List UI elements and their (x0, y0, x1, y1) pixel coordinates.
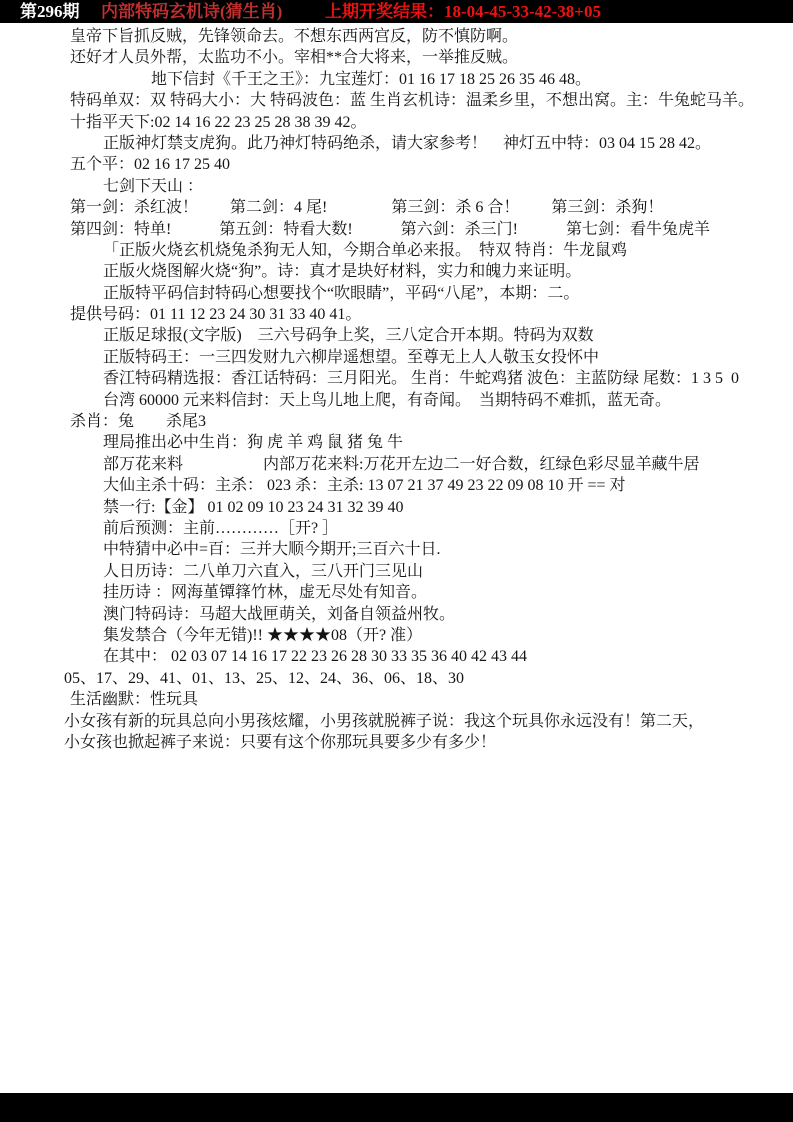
text-line: 中特猜中必中=百：三并大顺今期开;三百六十日. (0, 539, 793, 560)
text-line: 香江特码精选报：香江话特码：三月阳光。 生肖：牛蛇鸡猪 波色：主蓝防绿 尾数：1… (0, 368, 793, 389)
text-line: 杀肖：兔 杀尾3 (0, 411, 793, 432)
text-line: 正版特平码信封特码心想要找个“吹眼睛”，平码“八尾”，本期：二。 (0, 283, 793, 304)
text-line: 特码单双：双 特码大小：大 特码波色：蓝 生肖玄机诗：温柔乡里，不想出窝。主：牛… (0, 90, 793, 111)
text-line: 正版火烧图解火烧“狗”。诗：真才是块好材料，实力和魄力来证明。 (0, 261, 793, 282)
issue-number: 第296期 (20, 0, 80, 23)
text-line: 小女孩也掀起裤子来说：只要有这个你那玩具要多少有多少！ (0, 732, 793, 753)
footer-bar (0, 1093, 793, 1122)
text-line: 台湾 60000 元来料信封：天上鸟儿地上爬，有奇闻。 当期特码不难抓，蓝无奇。 (0, 390, 793, 411)
text-line: 人日历诗：二八单刀六直入，三八开门三见山 (0, 561, 793, 582)
text-line: 「正版火烧玄机烧兔杀狗无人知，今期合单必来报。 特双 特肖：牛龙鼠鸡 (0, 240, 793, 261)
text-line: 集发禁合（今年无错)!! ★★★★08（开? 准） (0, 625, 793, 646)
text-line: 十指平天下:02 14 16 22 23 25 28 38 39 42。 (0, 112, 793, 133)
text-line: 禁一行:【金】 01 02 09 10 23 24 31 32 39 40 (0, 497, 793, 518)
text-line: 正版神灯禁支虎狗。此乃神灯特码绝杀，请大家参考！ 神灯五中特：03 04 15 … (0, 133, 793, 154)
text-line: 05、17、29、41、01、13、25、12、24、36、06、18、30 (0, 668, 793, 689)
text-line: 五个平：02 16 17 25 40 (0, 154, 793, 175)
text-line: 挂历诗 ：网海堇镡箨竹林，虚无尽处有知音。 (0, 582, 793, 603)
text-line: 正版足球报(文字版) 三六号码争上奖，三八定合开本期。特码为双数 (0, 325, 793, 346)
text-line: 七剑下天山 ： (0, 176, 793, 197)
lottery-tip-sheet: 第296期 内部特码玄机诗(猜生肖) 上期开奖结果：18-04-45-33-42… (0, 0, 793, 1122)
text-line: 正版特码王：一三四发财九六柳岸遥想望。至尊无上人人敬玉女投怀中 (0, 347, 793, 368)
text-line: 在其中： 02 03 07 14 16 17 22 23 26 28 30 33… (0, 646, 793, 667)
text-line: 第一剑：杀红波！ 第二剑：4 尾! 第三剑：杀 6 合！ 第三剑：杀狗！ (0, 197, 793, 218)
sheet-body: 皇帝下旨抓反贼，先锋领命去。不想东西两宫反，防不慎防啊。还好才人员外帮，太监功不… (0, 26, 793, 753)
header-bar: 第296期 内部特码玄机诗(猜生肖) 上期开奖结果：18-04-45-33-42… (0, 0, 793, 23)
text-line: 地下信封《千王之王》：九宝莲灯：01 16 17 18 25 26 35 46 … (0, 69, 793, 90)
text-line: 还好才人员外帮，太监功不小。宰相**合大将来，一举推反贼。 (0, 47, 793, 68)
text-line: 大仙主杀十码：主杀： 023 杀：主杀: 13 07 21 37 49 23 2… (0, 475, 793, 496)
page-title: 内部特码玄机诗(猜生肖) (101, 0, 282, 23)
previous-draw-result: 上期开奖结果：18-04-45-33-42-38+05 (325, 0, 601, 23)
text-line: 小女孩有新的玩具总向小男孩炫耀，小男孩就脱裤子说：我这个玩具你永远没有！第二天， (0, 711, 793, 732)
text-line: 部万花来料 内部万花来料:万花开左边二一好合数，红绿色彩尽显羊藏牛居 (0, 454, 793, 475)
text-line: 第四剑：特单! 第五剑：特看大数! 第六剑：杀三门! 第七剑：看牛兔虎羊 (0, 219, 793, 240)
text-line: 理局推出必中生肖：狗 虎 羊 鸡 鼠 猪 兔 牛 (0, 432, 793, 453)
text-line: 前后预测：主前…………［开? ］ (0, 518, 793, 539)
text-line: 生活幽默：性玩具 (0, 689, 793, 710)
text-line: 澳门特码诗：马超大战匣萌关，刘备自领益州牧。 (0, 604, 793, 625)
text-line: 提供号码：01 11 12 23 24 30 31 33 40 41。 (0, 304, 793, 325)
text-line: 皇帝下旨抓反贼，先锋领命去。不想东西两宫反，防不慎防啊。 (0, 26, 793, 47)
